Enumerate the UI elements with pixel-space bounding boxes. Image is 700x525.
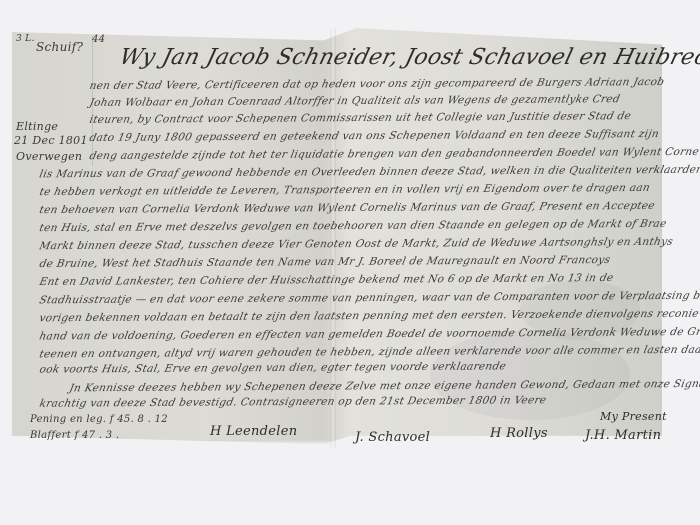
signature: H Rollys	[490, 426, 548, 441]
margin-note-date: 21 Dec 1801	[14, 134, 88, 147]
signature: J.H. Martin	[585, 428, 661, 443]
signature-note: My Present	[600, 410, 667, 423]
margin-note-word: Overwegen	[16, 150, 82, 163]
fee-note: Pening en leg. f 45. 8 . 12	[30, 414, 168, 425]
signature: H Leendelen	[210, 424, 297, 439]
margin-mark: 3 L.	[16, 34, 35, 44]
fee-note: Blaffert f 47 . 3 .	[30, 430, 119, 441]
signature: J. Schavoel	[355, 430, 430, 445]
document-heading: Wy Jan Jacob Schneider, Joost Schavoel e…	[117, 45, 700, 70]
margin-note-place: Eltinge	[16, 120, 58, 133]
margin-word: Schuif?	[36, 40, 83, 54]
page-number: 44	[92, 34, 105, 45]
